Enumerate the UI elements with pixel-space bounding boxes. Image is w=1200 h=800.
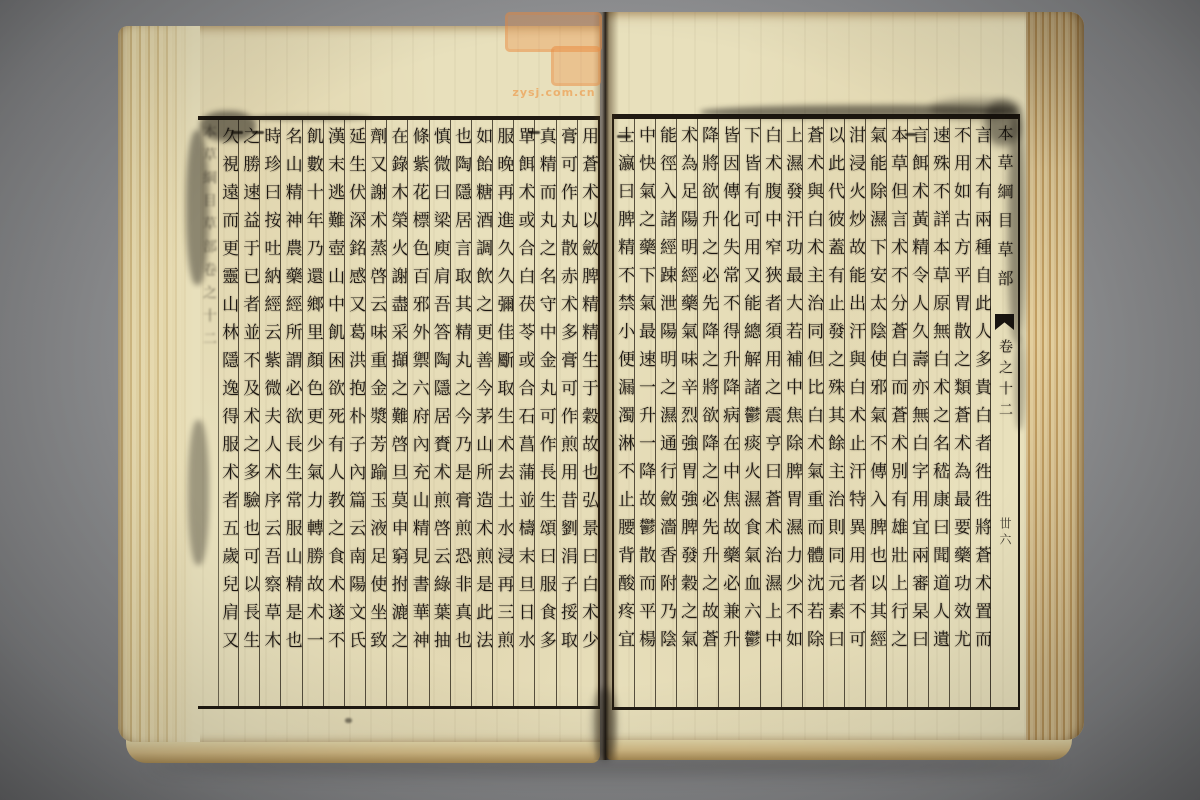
text-column: 服晚再進久久彌佳斸取生术去土水浸再三煎 [492,120,513,706]
text-column: 不用如古方平胃散之類蒼术為最要藥功效尤 [949,119,970,707]
ink-smudge [186,130,209,285]
ink-smudge [345,718,352,723]
text-column: 上濕發汗功最大若補中焦除脾胃濕力少不如 [781,119,802,707]
text-column: 速殊不詳本草原無白术之名嵇康曰聞道人遺 [928,119,949,707]
text-column: 慎微曰梁庾肩吾答陶隱居賚术煎啓云綠葉抽 [429,120,450,706]
text-column: 皆因傳化失常不得升降病在中焦故藥必兼升 [718,119,739,707]
left-fore-edge-stack [118,26,200,742]
text-column: 真精而丸之名守中金丸可作長生頌曰服食多 [534,120,555,706]
ink-smudge [593,688,616,760]
text-column: 如飴糖酒調飲之更善今茅山所造术煎是此法 [471,120,492,706]
text-column: 中快氣之藥下氣最速一升一降故鬱散而平楊 [634,119,655,707]
text-column: 术為足陽明經藥氣味辛烈強胃強脾發穀之氣 [676,119,697,707]
text-column: 蒼术與白术主治同但比白术氣重而體沈若除 [802,119,823,707]
site-watermark: zysj.com.cn [503,10,605,102]
paragraph-dash-mark [231,131,243,134]
text-column: 也陶隱居言取其精丸之今乃是膏煎恐非真也 [450,120,471,706]
right-page-bottom-edge-stack [606,738,1072,760]
text-column: 單餌术或合白茯苓或合石菖蒲並檮末旦日水 [513,120,534,706]
book-photo-scene: 言术有兩種自此人多貴白者徃徃將蒼术置而不用如古方平胃散之類蒼术為最要藥功效尤速殊… [0,0,1200,800]
text-column: 言术有兩種自此人多貴白者徃徃將蒼术置而 [970,119,991,707]
text-column: 下皆有可用又能總解諸鬱痰火濕食氣血六鬱 [739,119,760,707]
text-column: 本草但言术不分蒼白而蒼术別有雄壯上行之 [886,119,907,707]
text-column: 條紫花標色百邪外禦六府內充山精見書華神 [407,120,428,706]
text-column: 以此代彼蓋有止發之殊其餘主治則同元素曰 [823,119,844,707]
left-page-text-block: 本草綱目草部卷之十二 用蒼术以斂脾精精生于穀故也弘景曰白术少膏可作丸散赤术多膏可… [198,116,600,709]
ink-smudge [200,111,256,141]
paragraph-dash-mark [528,131,540,134]
ink-smudge [252,114,372,121]
text-column: 泔浸火炒故能出汗與白术止汗特異用者不可 [844,119,865,707]
text-column: 飢數十年乃還鄉里顏色更少氣力轉勝故术一 [302,120,323,706]
text-column: 久視遠而更靈山林隱逸得服术者五歲兒肩又 [218,120,238,706]
text-column: 延生伏深銘感又葛洪抱朴子內篇云南陽文氏 [344,120,365,706]
right-page-text-block: 言术有兩種自此人多貴白者徃徃將蒼术置而不用如古方平胃散之類蒼术為最要藥功效尤速殊… [612,114,1020,710]
left-page-columns: 用蒼术以斂脾精精生于穀故也弘景曰白术少膏可作丸散赤术多膏可作煎用昔劉涓子挼取真精… [218,120,598,706]
watermark-url-text: zysj.com.cn [503,86,605,99]
right-fore-edge-stack [1026,12,1084,740]
left-page-bottom-edge-stack [126,740,600,763]
paragraph-dash-mark [252,131,264,134]
text-column: 言餌术黃精令人久壽亦無白字用宜兩審杲曰 [907,119,928,707]
book-gutter-fold [593,12,619,760]
ink-smudge [1014,335,1025,430]
text-column: 劑又謝术蒸啓云味重金漿芳踰玉液足使坐致 [365,120,386,706]
text-column: 膏可作丸散赤术多膏可作煎用昔劉涓子挼取 [556,120,577,706]
ink-smudge [1008,112,1025,342]
text-column: 漢末逃難壺山中飢困欲死有人教之食术遂不 [323,120,344,706]
text-column: 之勝速益于已者並不及术之多驗也可以長生 [238,120,259,706]
watermark-seal-icon [551,46,601,86]
text-column: 時珍曰按吐納經云紫微夫人术序云吾察草木 [259,120,280,706]
text-column: 氣能除濕下安太陰使邪氣不傳入脾也以其經 [865,119,886,707]
text-column: 白术腹中窄狹者須用之震亨曰蒼术治濕上中 [760,119,781,707]
text-column: 名山精神農藥經所謂必欲長生常服山精是也 [280,120,301,706]
banxin-page-number: 丗六 [991,517,1018,549]
text-column: 能徑入諸經踈泄陽明之濕通行斂濇香附乃陰 [655,119,676,707]
paragraph-dash-mark [617,135,631,138]
paragraph-dash-mark [905,133,917,136]
ink-smudge [188,420,209,565]
text-column: 降將欲升之必先降之將欲降之必先升之故蒼 [697,119,718,707]
text-column: 在錄木榮火謝盡采擷之難啓旦莫申窮拊漉之 [386,120,407,706]
right-page-columns: 言术有兩種自此人多貴白者徃徃將蒼术置而不用如古方平胃散之類蒼术為最要藥功效尤速殊… [614,119,991,707]
